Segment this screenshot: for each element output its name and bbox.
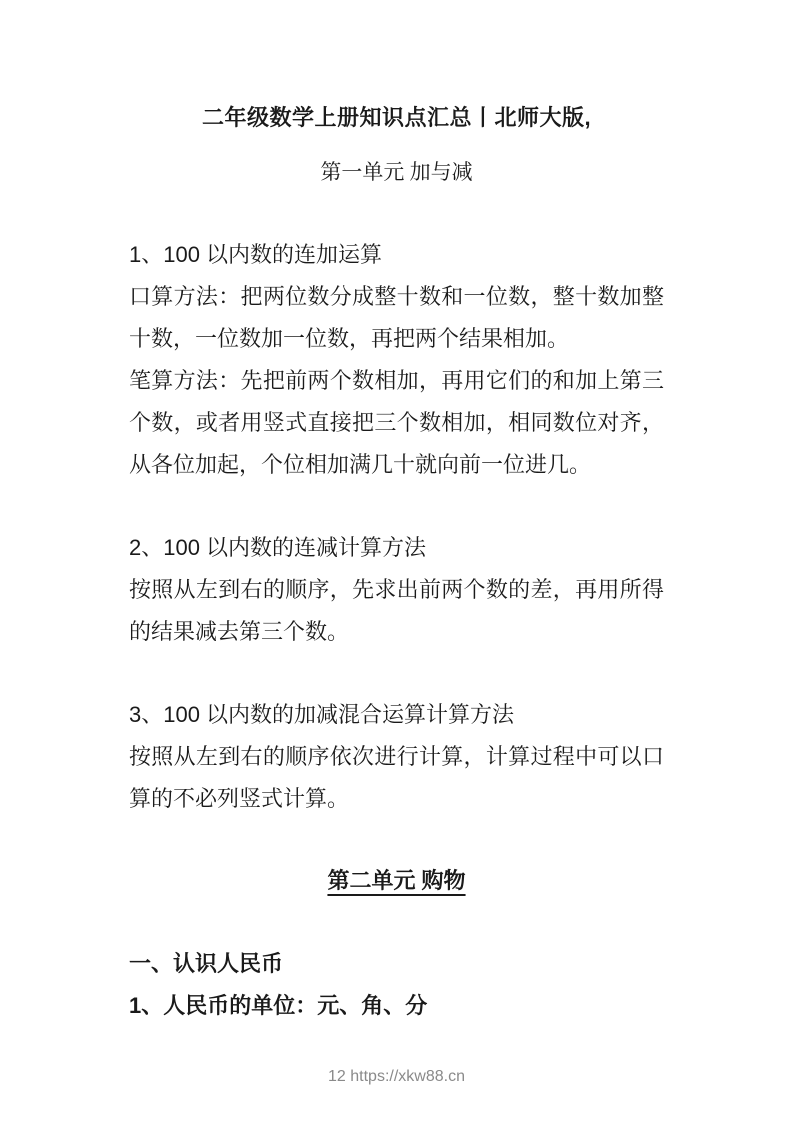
unit1-heading: 第一单元 加与减 [0,151,793,193]
unit2-point-units: 1、人民币的单位：元、角、分 [129,985,664,1027]
footer-page-number-and-url: 12 https://xkw88.cn [328,1068,465,1085]
topic-2-heading: 2、100 以内数的连减计算方法 [129,527,664,569]
unit2-heading: 第二单元 购物 [0,860,793,902]
unit2-point-renminbi: 一、认识人民币 [129,943,664,985]
document-title: 二年级数学上册知识点汇总丨北师大版, [0,0,793,139]
topic-2-method: 按照从左到右的顺序，先求出前两个数的差，再用所得的结果减去第三个数。 [129,569,664,653]
page-footer: 12 https://xkw88.cn [0,1067,793,1087]
topic-3-method: 按照从左到右的顺序依次进行计算，计算过程中可以口算的不必列竖式计算。 [129,736,664,820]
document-page: 二年级数学上册知识点汇总丨北师大版, 第一单元 加与减 1、100 以内数的连加… [0,0,793,1122]
topic-1-written-method: 笔算方法：先把前两个数相加，再用它们的和加上第三个数，或者用竖式直接把三个数相加… [129,360,664,486]
unit1-content: 1、100 以内数的连加运算 口算方法：把两位数分成整十数和一位数，整十数加整十… [129,234,664,820]
topic-3-heading: 3、100 以内数的加减混合运算计算方法 [129,694,664,736]
topic-1-heading: 1、100 以内数的连加运算 [129,234,664,276]
topic-1-oral-method: 口算方法：把两位数分成整十数和一位数，整十数加整十数，一位数加一位数，再把两个结… [129,276,664,360]
unit2-content: 一、认识人民币 1、人民币的单位：元、角、分 [129,943,664,1027]
